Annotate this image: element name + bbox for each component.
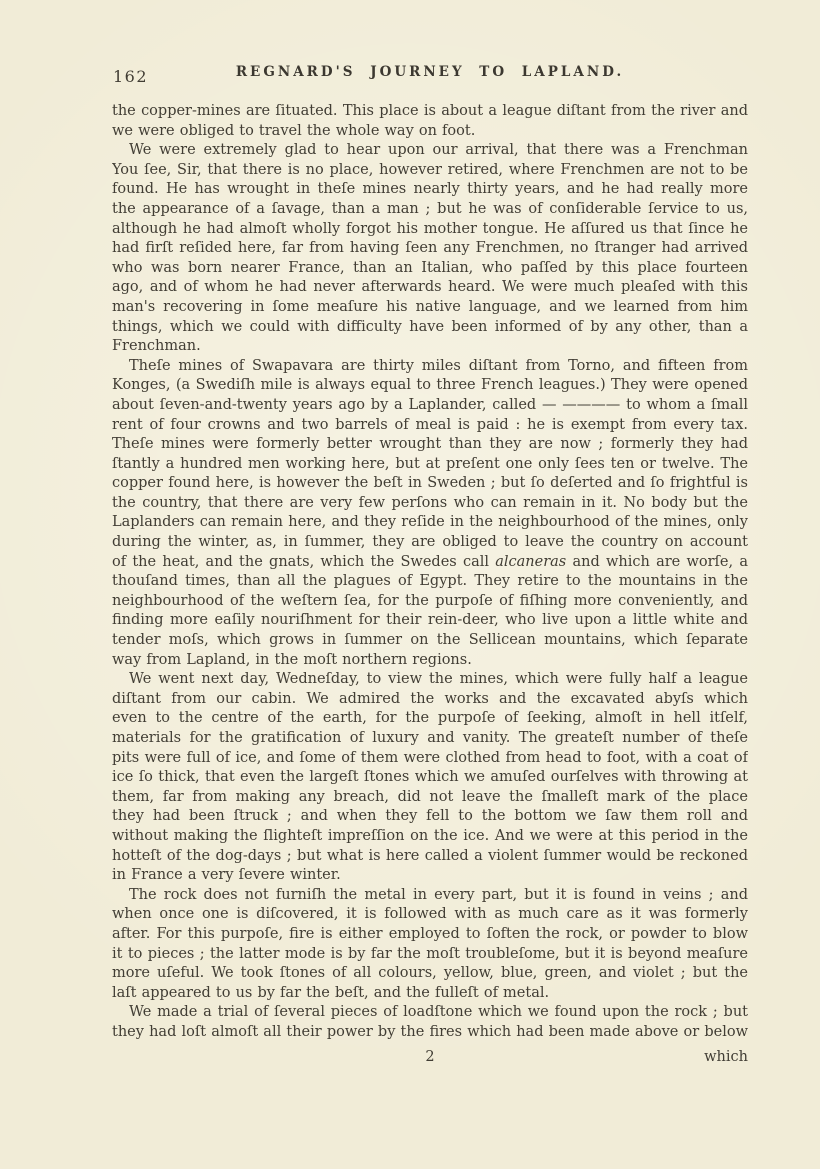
- text-block: 162 REGNARD'S JOURNEY TO LAPLAND. the co…: [112, 64, 748, 1067]
- text-line: neighbourhood of the weſtern ſea, for th…: [112, 592, 748, 612]
- paragraph: Theſe mines of Swapavara are thirty mile…: [112, 357, 748, 671]
- text-line: after. For this purpoſe, fire is either …: [112, 925, 748, 945]
- text-line: Konges, (a Swediſh mile is always equal …: [112, 376, 748, 396]
- text-line: things, which we could with difficulty h…: [112, 318, 748, 338]
- text-line: about ſeven-and-twenty years ago by a La…: [112, 396, 748, 416]
- text-segment: and which are worſe, a: [566, 554, 748, 570]
- text-line: of the heat, and the gnats, which the Sw…: [112, 553, 748, 573]
- text-line: the country, that there are very few per…: [112, 494, 748, 514]
- italic-term: alcaneras: [495, 554, 566, 570]
- text-line: when once one is diſcovered, it is follo…: [112, 905, 748, 925]
- paragraph: We were extremely glad to hear upon our …: [112, 141, 748, 357]
- text-line: Theſe mines were formerly better wrought…: [112, 435, 748, 455]
- text-line: thouſand times, than all the plagues of …: [112, 572, 748, 592]
- text-line: laſt appeared to us by far the beſt, and…: [112, 984, 748, 1004]
- signature-mark: 2: [324, 1048, 536, 1067]
- text-line: who was born nearer France, than an Ital…: [112, 259, 748, 279]
- catchword: which: [536, 1048, 748, 1067]
- paragraph: The rock does not furniſh the metal in e…: [112, 886, 748, 1004]
- text-line: We were extremely glad to hear upon our …: [112, 141, 748, 161]
- text-line: had firſt reſided here, far from having …: [112, 239, 748, 259]
- text-segment: of the heat, and the gnats, which the Sw…: [112, 554, 495, 570]
- text-line: rent of four crowns and two barrels of m…: [112, 416, 748, 436]
- text-line: finding more eaſily nouriſhment for thei…: [112, 611, 748, 631]
- text-line: Laplanders can remain here, and they reſ…: [112, 513, 748, 533]
- book-page: 162 REGNARD'S JOURNEY TO LAPLAND. the co…: [0, 0, 820, 1169]
- text-line: they had been ſtruck ; and when they fel…: [112, 807, 748, 827]
- text-line: ice ſo thick, that even the largeſt ſton…: [112, 768, 748, 788]
- text-line: them, far from making any breach, did no…: [112, 788, 748, 808]
- text-line: materials for the gratification of luxur…: [112, 729, 748, 749]
- text-line: they had loſt almoſt all their power by …: [112, 1023, 748, 1043]
- text-line: during the winter, as, in ſummer, they a…: [112, 533, 748, 553]
- text-line: it to pieces ; the latter mode is by far…: [112, 945, 748, 965]
- text-line: Frenchman.: [112, 337, 748, 357]
- paragraph: We went next day, Wedneſday, to view the…: [112, 670, 748, 886]
- text-line: even to the centre of the earth, for the…: [112, 709, 748, 729]
- text-line: ago, and of whom he had never afterwards…: [112, 278, 748, 298]
- text-line: more uſeful. We took ſtones of all colou…: [112, 964, 748, 984]
- text-line: man's recovering in ſome meaſure his nat…: [112, 298, 748, 318]
- text-line: although he had almoſt wholly forgot his…: [112, 220, 748, 240]
- text-line: the appearance of a ſavage, than a man ;…: [112, 200, 748, 220]
- paragraph: We made a trial of ſeveral pieces of loa…: [112, 1003, 748, 1042]
- text-line: we were obliged to travel the whole way …: [112, 122, 748, 142]
- page-number: 162: [113, 67, 148, 86]
- page-header: 162 REGNARD'S JOURNEY TO LAPLAND.: [112, 64, 748, 102]
- text-line: Theſe mines of Swapavara are thirty mile…: [112, 357, 748, 377]
- page-footer: 2 which: [112, 1048, 748, 1067]
- text-line: pits were full of ice, and ſome of them …: [112, 749, 748, 769]
- text-line: ſtantly a hundred men working here, but …: [112, 455, 748, 475]
- text-line: found. He has wrought in theſe mines nea…: [112, 180, 748, 200]
- text-line: hotteſt of the dog-days ; but what is he…: [112, 847, 748, 867]
- text-line: We went next day, Wedneſday, to view the…: [112, 670, 748, 690]
- text-line: without making the ſlighteſt impreſſion …: [112, 827, 748, 847]
- text-line: We made a trial of ſeveral pieces of loa…: [112, 1003, 748, 1023]
- text-line: the copper-mines are ſituated. This plac…: [112, 102, 748, 122]
- paragraph: the copper-mines are ſituated. This plac…: [112, 102, 748, 141]
- text-line: way from Lapland, in the moſt northern r…: [112, 651, 748, 671]
- text-line: diſtant from our cabin. We admired the w…: [112, 690, 748, 710]
- page-text: the copper-mines are ſituated. This plac…: [112, 102, 748, 1043]
- text-line: in France a very ſevere winter.: [112, 866, 748, 886]
- running-title: REGNARD'S JOURNEY TO LAPLAND.: [112, 64, 748, 80]
- text-line: tender moſs, which grows in ſummer on th…: [112, 631, 748, 651]
- text-line: The rock does not furniſh the metal in e…: [112, 886, 748, 906]
- text-line: You ſee, Sir, that there is no place, ho…: [112, 161, 748, 181]
- text-line: copper found here, is however the beſt i…: [112, 474, 748, 494]
- footer-spacer: [112, 1048, 324, 1067]
